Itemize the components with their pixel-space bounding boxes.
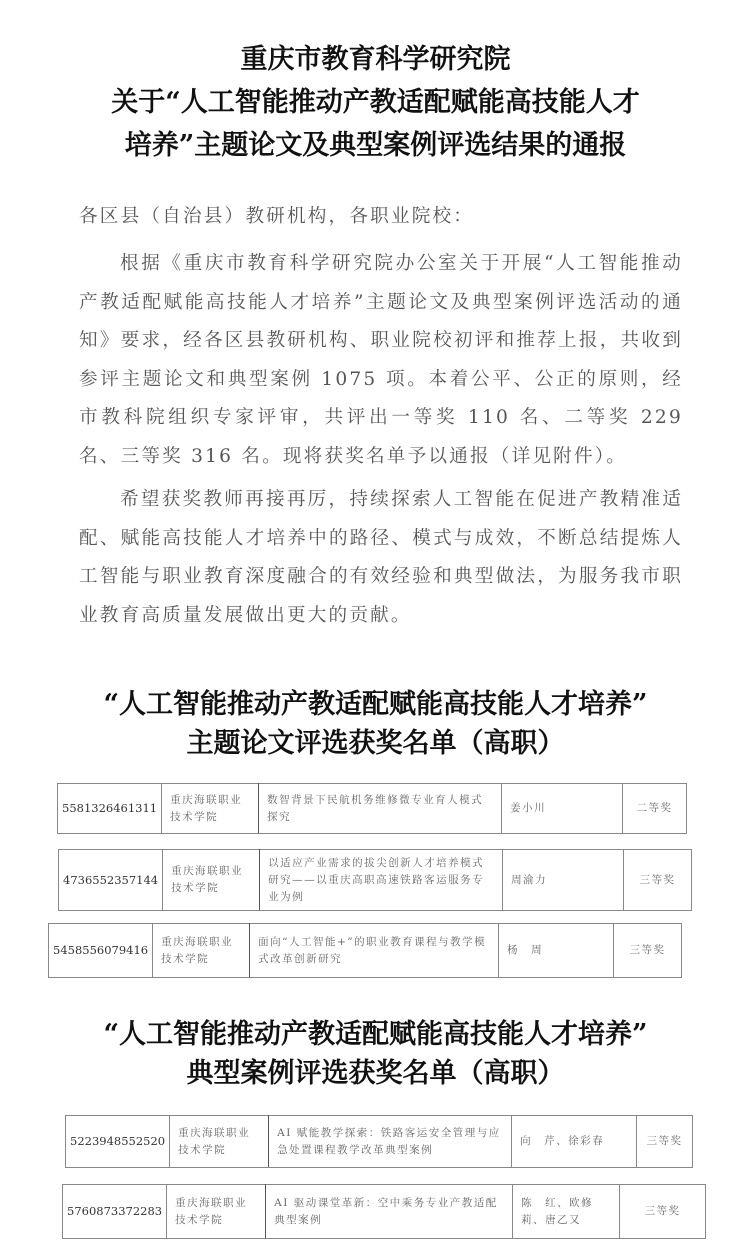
prize: 三等奖 <box>620 1185 706 1239</box>
case-title: AI 赋能教学探索：铁路客运安全管理与应急处置课程教学改革典型案例 <box>269 1116 512 1168</box>
entry-id: 5760873372283 <box>63 1185 167 1239</box>
award-table-row: 5581326461311 重庆海联职业技术学院 数智背景下民航机务维修微专业育… <box>57 783 687 834</box>
section-title-papers: “人工智能推动产教适配赋能高技能人才培养” 主题论文评选获奖名单（高职） <box>0 685 751 763</box>
school: 重庆海联职业技术学院 <box>167 1185 266 1239</box>
entry-id: 4736552357144 <box>59 850 163 911</box>
section-title-line: 主题论文评选获奖名单（高职） <box>0 724 751 763</box>
award-table-row: 5223948552520 重庆海联职业技术学院 AI 赋能教学探索：铁路客运安… <box>65 1115 693 1168</box>
case-title: AI 驱动课堂革新：空中乘务专业产教适配典型案例 <box>266 1185 513 1239</box>
authors: 周渝力 <box>503 850 624 911</box>
paper-title: 数智背景下民航机务维修微专业育人模式探究 <box>259 784 502 834</box>
title-line-2: 关于“人工智能推动产教适配赋能高技能人才 <box>0 81 751 124</box>
section-title-cases: “人工智能推动产教适配赋能高技能人才培养” 典型案例评选获奖名单（高职） <box>0 1015 751 1093</box>
award-table-row: 5760873372283 重庆海联职业技术学院 AI 驱动课堂革新：空中乘务专… <box>62 1184 706 1239</box>
prize: 三等奖 <box>637 1116 693 1168</box>
entry-id: 5458556079416 <box>49 924 153 978</box>
section-title-line: “人工智能推动产教适配赋能高技能人才培养” <box>0 685 751 724</box>
school: 重庆海联职业技术学院 <box>162 784 259 834</box>
school: 重庆海联职业技术学院 <box>163 850 260 911</box>
title-line-1: 重庆市教育科学研究院 <box>0 38 751 81</box>
title-line-3: 培养”主题论文及典型案例评选结果的通报 <box>0 124 751 167</box>
authors: 姜小川 <box>502 784 623 834</box>
school: 重庆海联职业技术学院 <box>170 1116 269 1168</box>
prize: 三等奖 <box>614 924 682 978</box>
paper-title: 面向“人工智能+”的职业教育课程与教学模式改革创新研究 <box>250 924 499 978</box>
prize: 二等奖 <box>623 784 687 834</box>
authors: 向 芹、徐彩春 <box>512 1116 637 1168</box>
prize: 三等奖 <box>624 850 692 911</box>
section-title-line: “人工智能推动产教适配赋能高技能人才培养” <box>0 1015 751 1054</box>
award-table-row: 5458556079416 重庆海联职业技术学院 面向“人工智能+”的职业教育课… <box>48 923 682 978</box>
entry-id: 5581326461311 <box>58 784 162 834</box>
salutation: 各区县（自治县）教研机构，各职业院校： <box>79 198 683 237</box>
authors: 陈 红、欧修莉、唐乙又 <box>513 1185 620 1239</box>
award-table-row: 4736552357144 重庆海联职业技术学院 以适应产业需求的拔尖创新人才培… <box>58 849 692 911</box>
paragraph-2: 希望获奖教师再接再厉，持续探索人工智能在促进产教精准适配、赋能高技能人才培养中的… <box>79 481 683 635</box>
school: 重庆海联职业技术学院 <box>153 924 250 978</box>
section-title-line: 典型案例评选获奖名单（高职） <box>0 1054 751 1093</box>
entry-id: 5223948552520 <box>66 1116 170 1168</box>
document-title: 重庆市教育科学研究院 关于“人工智能推动产教适配赋能高技能人才 培养”主题论文及… <box>0 38 751 167</box>
authors: 杨 周 <box>499 924 614 978</box>
paper-title: 以适应产业需求的拔尖创新人才培养模式研究——以重庆高职高速铁路客运服务专业为例 <box>260 850 503 911</box>
paragraph-1: 根据《重庆市教育科学研究院办公室关于开展“人工智能推动产教适配赋能高技能人才培养… <box>79 245 683 476</box>
